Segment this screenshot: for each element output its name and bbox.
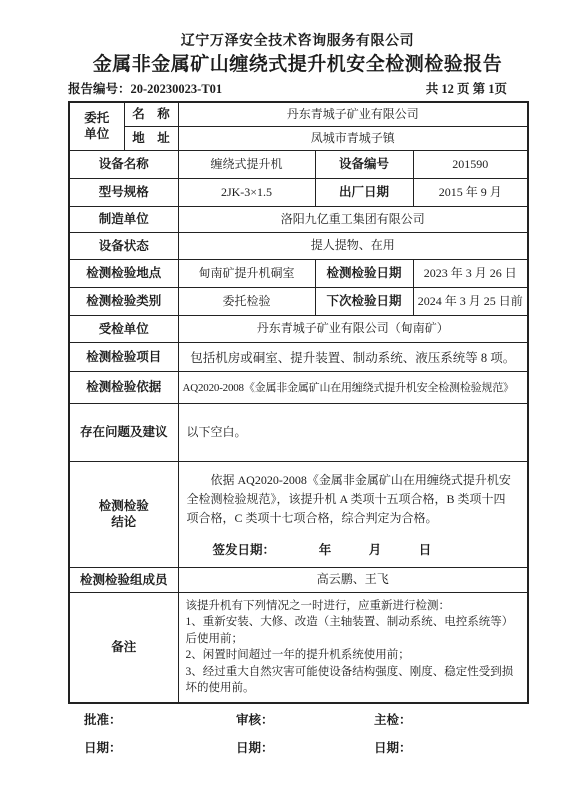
model-value: 2JK-3×1.5 [178,178,315,206]
approve-label: 批准： [84,713,122,727]
inspection-report-table: 委托 单位 名 称 丹东青城子矿业有限公司 地 址 凤城市青城子镇 设备名称 缠… [68,101,529,704]
remark-line: 1、重新安装、大修、改造（主轴装置、制动系统、电控系统等）后使用前； [186,614,521,647]
client-name-value: 丹东青城子矿业有限公司 [178,102,528,126]
remark-line: 该提升机有下列情况之一时进行，应重新进行检测： [186,598,521,615]
device-status-label: 设备状态 [69,232,178,259]
inspection-category-value: 委托检验 [178,287,315,315]
table-row: 设备状态 提人提物、在用 [69,232,528,259]
inspected-unit-label: 受检单位 [69,315,178,342]
remark-cell: 该提升机有下列情况之一时进行，应重新进行检测： 1、重新安装、大修、改造（主轴装… [178,592,528,703]
model-label: 型号规格 [69,178,178,206]
inspection-basis-label: 检测检验依据 [69,371,178,403]
device-name-label: 设备名称 [69,150,178,178]
table-row: 检测检验 结论 依据 AQ2020-2008《金属非金属矿山在用缠绕式提升机安全… [69,461,528,567]
conclusion-label: 检测检验 结论 [69,461,178,567]
inspection-location-label: 检测检验地点 [69,259,178,287]
table-row: 检测检验地点 甸南矿提升机硐室 检测检验日期 2023 年 3 月 26 日 [69,259,528,287]
remark-label: 备注 [69,592,178,703]
device-name-value: 缠绕式提升机 [178,150,315,178]
remark-line: 2、闲置时间超过一年的提升机系统使用前； [186,647,521,664]
inspection-team-label: 检测检验组成员 [69,567,178,592]
next-inspection-date-value: 2024 年 3 月 25 日前 [413,287,528,315]
inspected-unit-value: 丹东青城子矿业有限公司（甸南矿） [178,315,528,342]
inspection-items-label: 检测检验项目 [69,342,178,371]
device-status-value: 提人提物、在用 [178,232,528,259]
problems-value: 以下空白。 [178,403,528,461]
manufacturer-value: 洛阳九亿重工集团有限公司 [178,206,528,232]
problems-label: 存在问题及建议 [69,403,178,461]
table-row: 受检单位 丹东青城子矿业有限公司（甸南矿） [69,315,528,342]
table-row: 设备名称 缠绕式提升机 设备编号 201590 [69,150,528,178]
remark-line: 3、经过重大自然灾害可能使设备结构强度、刚度、稳定性受到损坏的使用前。 [186,664,521,697]
sign-date-line: 签发日期： 年 月 日 [213,540,432,558]
report-meta-row: 报告编号：20-20230023-T01 共 12 页 第 1页 [68,82,527,97]
inspection-items-value: 包括机房或硐室、提升装置、制动系统、液压系统等 8 项。 [178,342,528,371]
inspection-team-value: 高云鹏、王飞 [178,567,528,592]
table-row: 检测检验项目 包括机房或硐室、提升装置、制动系统、液压系统等 8 项。 [69,342,528,371]
inspection-date-label: 检测检验日期 [315,259,413,287]
table-row: 制造单位 洛阳九亿重工集团有限公司 [69,206,528,232]
conclusion-text: 依据 AQ2020-2008《金属非金属矿山在用缠绕式提升机安全检测检验规范》，… [187,471,518,528]
review-date-label: 日期： [236,741,274,755]
inspection-date-value: 2023 年 3 月 26 日 [413,259,528,287]
client-address-label: 地 址 [124,126,178,150]
table-row: 检测检验类别 委托检验 下次检验日期 2024 年 3 月 25 日前 [69,287,528,315]
factory-date-value: 2015 年 9 月 [413,178,528,206]
client-name-label: 名 称 [124,102,178,126]
table-row: 备注 该提升机有下列情况之一时进行，应重新进行检测： 1、重新安装、大修、改造（… [69,592,528,703]
report-page: 辽宁万泽安全技术咨询服务有限公司 金属非金属矿山缠绕式提升机安全检测检验报告 报… [0,0,567,802]
page-indicator: 共 12 页 第 1页 [426,82,507,97]
table-row: 存在问题及建议 以下空白。 [69,403,528,461]
next-inspection-date-label: 下次检验日期 [315,287,413,315]
manufacturer-label: 制造单位 [69,206,178,232]
device-no-label: 设备编号 [315,150,413,178]
device-no-value: 201590 [413,150,528,178]
approve-date-label: 日期： [84,741,122,755]
report-number: 报告编号：20-20230023-T01 [68,82,222,97]
signature-block: 批准： 审核： 主检： 日期： 日期： 日期： [0,713,567,773]
inspection-category-label: 检测检验类别 [69,287,178,315]
inspection-basis-value: AQ2020-2008《金属非金属矿山在用缠绕式提升机安全检测检验规范》 [178,371,528,403]
review-label: 审核： [236,713,274,727]
factory-date-label: 出厂日期 [315,178,413,206]
inspection-location-value: 甸南矿提升机硐室 [178,259,315,287]
client-unit-label: 委托 单位 [69,102,124,150]
table-row: 检测检验依据 AQ2020-2008《金属非金属矿山在用缠绕式提升机安全检测检验… [69,371,528,403]
table-row: 检测检验组成员 高云鹏、王飞 [69,567,528,592]
document-header: 辽宁万泽安全技术咨询服务有限公司 金属非金属矿山缠绕式提升机安全检测检验报告 报… [68,33,527,97]
table-row: 委托 单位 名 称 丹东青城子矿业有限公司 [69,102,528,126]
conclusion-cell: 依据 AQ2020-2008《金属非金属矿山在用缠绕式提升机安全检测检验规范》，… [178,461,528,567]
table-row: 地 址 凤城市青城子镇 [69,126,528,150]
company-name: 辽宁万泽安全技术咨询服务有限公司 [68,33,527,50]
table-row: 型号规格 2JK-3×1.5 出厂日期 2015 年 9 月 [69,178,528,206]
page-title: 金属非金属矿山缠绕式提升机安全检测检验报告 [68,53,527,76]
chief-date-label: 日期： [374,741,412,755]
client-address-value: 凤城市青城子镇 [178,126,528,150]
chief-inspector-label: 主检： [374,713,412,727]
